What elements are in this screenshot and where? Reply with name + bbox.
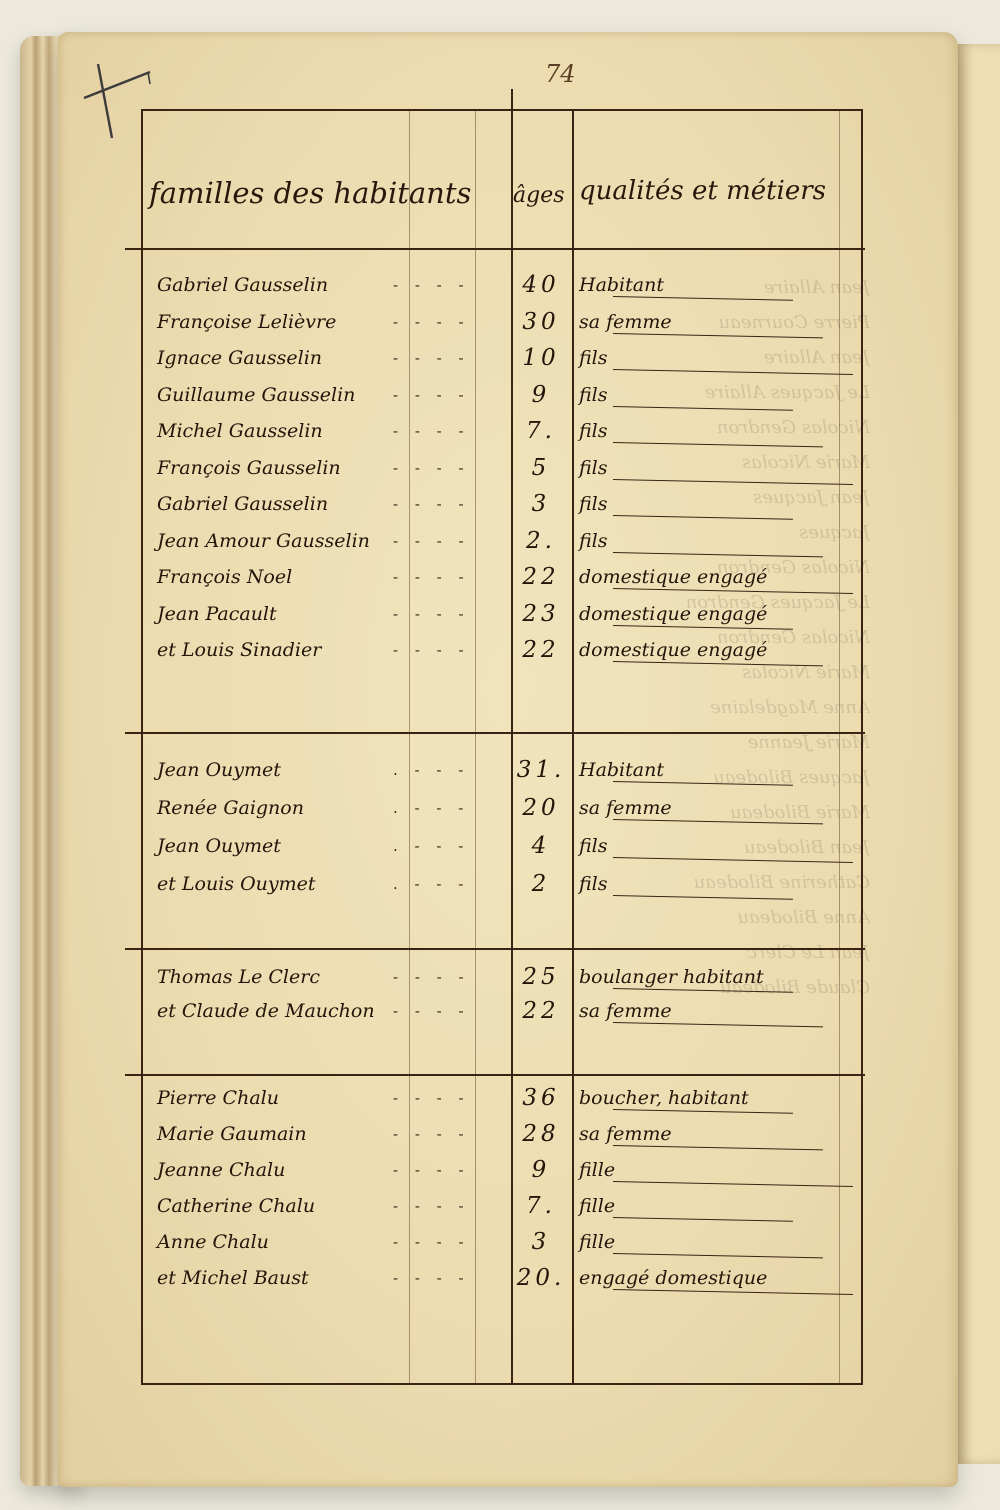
header-families: familles des habitants bbox=[149, 176, 471, 210]
person-age: 3 bbox=[515, 491, 567, 517]
person-age: 28 bbox=[515, 1121, 567, 1147]
header-qualities: qualités et métiers bbox=[579, 176, 826, 206]
filler-dashes: - - - - bbox=[393, 276, 503, 294]
pen-flourish bbox=[613, 296, 793, 301]
header-ages: âges bbox=[513, 183, 565, 208]
table-row: et Louis Ouymet. - - -2fils bbox=[143, 873, 861, 909]
table-row: François Gausselin- - - -5fils bbox=[143, 457, 861, 493]
person-quality: sa femme bbox=[579, 1000, 672, 1022]
pen-flourish bbox=[613, 1145, 823, 1150]
pen-flourish bbox=[613, 661, 823, 666]
filler-dashes: - - - - bbox=[393, 1161, 503, 1179]
person-age: 30 bbox=[515, 309, 567, 335]
person-age: 22 bbox=[515, 564, 567, 590]
folio-number: 74 bbox=[545, 60, 576, 88]
pen-flourish bbox=[613, 895, 793, 900]
person-name: et Claude de Mauchon bbox=[157, 1000, 375, 1022]
person-quality: fils bbox=[579, 530, 608, 552]
facing-page-edge bbox=[955, 44, 1000, 1464]
person-age: 36 bbox=[515, 1085, 567, 1111]
person-age: 9 bbox=[515, 382, 567, 408]
filler-dashes: - - - - bbox=[393, 1233, 503, 1251]
person-name: Anne Chalu bbox=[157, 1231, 269, 1253]
person-name: Marie Gaumain bbox=[157, 1123, 307, 1145]
pen-flourish bbox=[613, 1181, 853, 1187]
table-row: Guillaume Gausselin- - - -9fils bbox=[143, 384, 861, 420]
filler-dashes: - - - - bbox=[393, 495, 503, 513]
person-age: 40 bbox=[515, 272, 567, 298]
table-row: Ignace Gausselin- - - -10fils bbox=[143, 347, 861, 383]
filler-dashes: - - - - bbox=[393, 568, 503, 586]
person-name: et Louis Sinadier bbox=[157, 639, 321, 661]
table-row: François Noel- - - -22domestique engagé bbox=[143, 566, 861, 602]
table-row: Catherine Chalu- - - -7.fille bbox=[143, 1195, 861, 1231]
filler-dashes: - - - - bbox=[393, 1125, 503, 1143]
person-name: Gabriel Gausselin bbox=[157, 493, 328, 515]
person-quality: sa femme bbox=[579, 1123, 672, 1145]
table-row: Jeanne Chalu- - - -9fille bbox=[143, 1159, 861, 1195]
filler-dashes: - - - - bbox=[393, 422, 503, 440]
filler-dashes: - - - - bbox=[393, 532, 503, 550]
pen-flourish bbox=[613, 1217, 793, 1222]
pen-flourish bbox=[613, 988, 793, 993]
table-row: et Claude de Mauchon- - - -22sa femme bbox=[143, 1000, 861, 1036]
table-row: Françoise Lelièvre- - - -30sa femme bbox=[143, 311, 861, 347]
table-row: Anne Chalu- - - -3fille bbox=[143, 1231, 861, 1267]
person-quality: fille bbox=[579, 1159, 615, 1181]
person-quality: fils bbox=[579, 420, 608, 442]
person-age: 2 bbox=[515, 871, 567, 897]
person-quality: fille bbox=[579, 1195, 615, 1217]
person-quality: engagé domestique bbox=[579, 1267, 767, 1289]
pen-flourish bbox=[613, 588, 853, 594]
table-row: Jean Ouymet. - - -4fils bbox=[143, 835, 861, 871]
pen-flourish bbox=[613, 515, 793, 520]
filler-dashes: - - - - bbox=[393, 386, 503, 404]
person-name: Renée Gaignon bbox=[157, 797, 304, 819]
filler-dashes: - - - - bbox=[393, 313, 503, 331]
person-name: Gabriel Gausselin bbox=[157, 274, 328, 296]
person-age: 20. bbox=[515, 1265, 567, 1291]
table-row: et Michel Baust- - - -20.engagé domestiq… bbox=[143, 1267, 861, 1303]
table-row: Pierre Chalu- - - -36boucher, habitant bbox=[143, 1087, 861, 1123]
table-row: Gabriel Gausselin- - - -3fils bbox=[143, 493, 861, 529]
person-quality: sa femme bbox=[579, 797, 672, 819]
header-separator bbox=[125, 248, 865, 250]
pen-flourish bbox=[613, 857, 853, 863]
person-name: Jeanne Chalu bbox=[157, 1159, 285, 1181]
person-name: Françoise Lelièvre bbox=[157, 311, 336, 333]
filler-dashes: - - - - bbox=[393, 968, 503, 986]
pen-flourish bbox=[613, 479, 853, 485]
person-quality: domestique engagé bbox=[579, 566, 767, 588]
pen-flourish bbox=[613, 1109, 793, 1114]
person-age: 23 bbox=[515, 601, 567, 627]
table-row: Renée Gaignon. - - -20sa femme bbox=[143, 797, 861, 833]
table-row: et Louis Sinadier- - - -22domestique eng… bbox=[143, 639, 861, 675]
person-quality: boulanger habitant bbox=[579, 966, 764, 988]
table-row: Gabriel Gausselin- - - -40Habitant bbox=[143, 274, 861, 310]
person-name: Jean Amour Gausselin bbox=[157, 530, 370, 552]
person-name: Michel Gausselin bbox=[157, 420, 323, 442]
person-name: Jean Ouymet bbox=[157, 759, 281, 781]
pen-flourish bbox=[613, 819, 823, 824]
person-age: 3 bbox=[515, 1229, 567, 1255]
filler-dashes: . - - - bbox=[393, 761, 503, 779]
person-name: et Louis Ouymet bbox=[157, 873, 316, 895]
person-name: Catherine Chalu bbox=[157, 1195, 315, 1217]
person-quality: fils bbox=[579, 384, 608, 406]
pen-flourish bbox=[613, 1289, 853, 1295]
person-age: 9 bbox=[515, 1157, 567, 1183]
person-quality: sa femme bbox=[579, 311, 672, 333]
person-age: 22 bbox=[515, 637, 567, 663]
table-row: Marie Gaumain- - - -28sa femme bbox=[143, 1123, 861, 1159]
person-quality: fils bbox=[579, 347, 608, 369]
person-name: François Noel bbox=[157, 566, 292, 588]
person-age: 7. bbox=[515, 418, 567, 444]
person-quality: fille bbox=[579, 1231, 615, 1253]
person-age: 10 bbox=[515, 345, 567, 371]
person-name: François Gausselin bbox=[157, 457, 341, 479]
person-quality: fils bbox=[579, 873, 608, 895]
person-age: 20 bbox=[515, 795, 567, 821]
filler-dashes: - - - - bbox=[393, 349, 503, 367]
table-row: Jean Pacault- - - -23domestique engagé bbox=[143, 603, 861, 639]
person-age: 7. bbox=[515, 1193, 567, 1219]
person-quality: domestique engagé bbox=[579, 603, 767, 625]
person-quality: fils bbox=[579, 493, 608, 515]
filler-dashes: . - - - bbox=[393, 875, 503, 893]
pen-flourish bbox=[613, 781, 793, 786]
filler-dashes: . - - - bbox=[393, 799, 503, 817]
pen-flourish bbox=[613, 1253, 823, 1258]
filler-dashes: - - - - bbox=[393, 1269, 503, 1287]
person-name: Ignace Gausselin bbox=[157, 347, 322, 369]
pen-flourish bbox=[613, 406, 793, 411]
filler-dashes: - - - - bbox=[393, 641, 503, 659]
pen-flourish bbox=[613, 1022, 823, 1027]
person-quality: Habitant bbox=[579, 274, 664, 296]
filler-dashes: - - - - bbox=[393, 1197, 503, 1215]
filler-dashes: - - - - bbox=[393, 1089, 503, 1107]
person-quality: domestique engagé bbox=[579, 639, 767, 661]
table-row: Jean Amour Gausselin- - - -2.fils bbox=[143, 530, 861, 566]
person-quality: fils bbox=[579, 835, 608, 857]
table-row: Michel Gausselin- - - -7.fils bbox=[143, 420, 861, 456]
person-name: Guillaume Gausselin bbox=[157, 384, 355, 406]
person-quality: Habitant bbox=[579, 759, 664, 781]
filler-dashes: . - - - bbox=[393, 837, 503, 855]
census-table: familles des habitants âges qualités et … bbox=[141, 109, 863, 1385]
person-name: Pierre Chalu bbox=[157, 1087, 279, 1109]
person-age: 2. bbox=[515, 528, 567, 554]
person-name: Thomas Le Clerc bbox=[157, 966, 320, 988]
pen-flourish bbox=[613, 442, 823, 447]
table-row: Jean Ouymet. - - -31.Habitant bbox=[143, 759, 861, 795]
pen-flourish bbox=[613, 552, 823, 557]
person-name: Jean Pacault bbox=[157, 603, 277, 625]
pen-flourish bbox=[613, 369, 853, 375]
table-row: Thomas Le Clerc- - - -25boulanger habita… bbox=[143, 966, 861, 1002]
person-quality: boucher, habitant bbox=[579, 1087, 749, 1109]
filler-dashes: - - - - bbox=[393, 1002, 503, 1020]
household-separator bbox=[125, 732, 865, 734]
household-separator bbox=[125, 948, 865, 950]
person-age: 22 bbox=[515, 998, 567, 1024]
household-separator bbox=[125, 1074, 865, 1076]
filler-dashes: - - - - bbox=[393, 605, 503, 623]
person-age: 31. bbox=[515, 757, 567, 783]
person-age: 5 bbox=[515, 455, 567, 481]
pen-flourish bbox=[613, 625, 793, 630]
person-quality: fils bbox=[579, 457, 608, 479]
person-age: 4 bbox=[515, 833, 567, 859]
filler-dashes: - - - - bbox=[393, 459, 503, 477]
person-name: et Michel Baust bbox=[157, 1267, 309, 1289]
person-age: 25 bbox=[515, 964, 567, 990]
person-name: Jean Ouymet bbox=[157, 835, 281, 857]
pen-flourish bbox=[613, 333, 823, 338]
